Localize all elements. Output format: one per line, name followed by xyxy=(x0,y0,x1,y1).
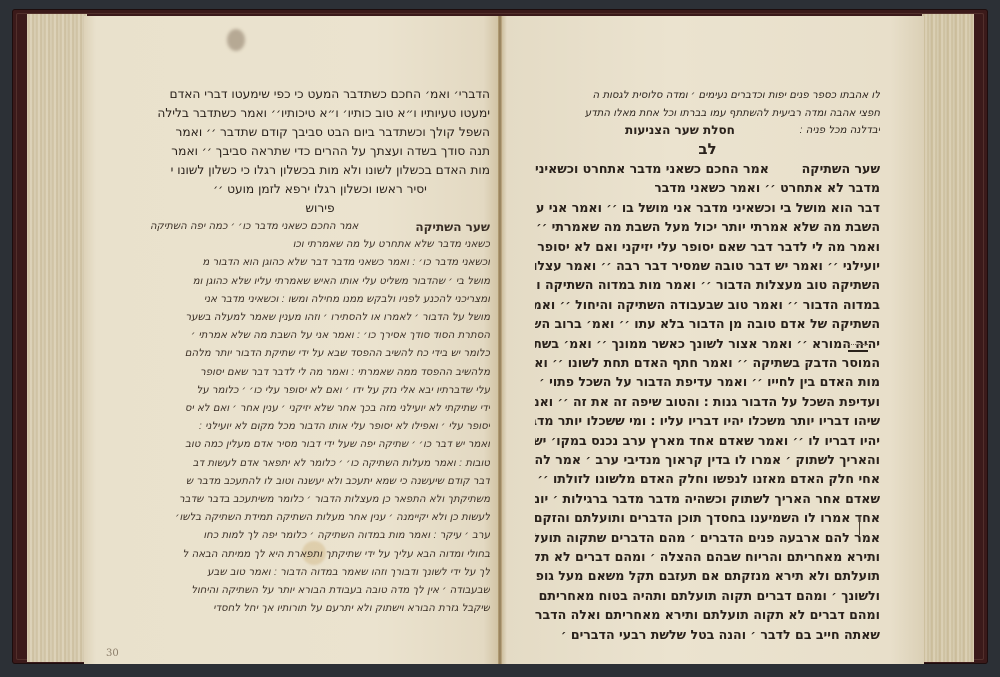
text-line: ומהם דברים לא תקוה תועלתם ותירא מאחריתם … xyxy=(535,605,880,624)
text-line: אמר החכם כשאני מדבר אתחרט וכשאיני xyxy=(535,159,769,178)
text-line: שבעבודה ׳ אין לך מדה טובה בעבודת הבורא י… xyxy=(150,582,490,600)
text-line: השבת מה שלא אמרתי יותר יכול מעל השבת מה … xyxy=(535,217,880,236)
text-line: במדוה הדבור ׳׳ ואמר טוב שבעבודה השתיקה ו… xyxy=(535,295,880,314)
commentary-heading: פירוש xyxy=(150,199,490,218)
page-edges-left xyxy=(27,14,87,662)
text-line: מות האדם בין לחייו ׳׳ ואמר עדיפת הדבור ע… xyxy=(535,372,880,391)
commentary-first-line: שער השתיקה אמר החכם כשאני מדבר כו׳ ׳ כמה… xyxy=(150,218,490,236)
text-line: מלהשיב ההפסד ממה שאמרתי ׃ ואמר מה לי לדב… xyxy=(150,364,490,382)
text-line: חפצי אהבה ומדה רביעית להשתתף עמו בברתו ו… xyxy=(535,105,880,123)
text-line: ועדיפת השכל על הדבור גנות ׃ והטוב שיפה ז… xyxy=(535,392,880,411)
text-line: יועילני ׳׳ ואמר יש דבר טובה שמסיר דבר רב… xyxy=(535,256,880,275)
text-line: בחולי ומדוה הבא עליך על ידי שתיקתך ותפאר… xyxy=(150,546,490,564)
text-line: השתיקה של אדם טובה מן הדבור בלא עתו ׳׳ ו… xyxy=(535,314,880,333)
text-line: ואמר מה לי לדבר דבר שאם יסופר עלי יזיקני… xyxy=(535,237,880,256)
text-line: אחי חלק האדם מאזנו לנפשו וחלק האדם מלשונ… xyxy=(535,469,880,488)
text-line: השתיקה טוב מעצלות הדבור ׳׳ ואמר מות במדו… xyxy=(535,275,880,294)
text-line: כשאני מדבר שלא אתחרט על מה שאמרתי וכו xyxy=(150,236,490,254)
text-line: מדבר לא אתחרט ׳׳ ואמר כשאני מדבר xyxy=(655,178,880,197)
section-end-title: חסלת שער הצניעות xyxy=(625,122,735,140)
text-line: אמר להם ארבעה פנים הדברים ׳ מהם הדברים ש… xyxy=(535,528,880,547)
section-title: שער השתיקה xyxy=(802,159,880,178)
text-line: וכשאני מדבר כו׳ ׃ ואמר כשאני מדבר דבר של… xyxy=(150,254,490,272)
text-line: מושל בי ׳ שהדבור משליט עלי אותו האיש שאמ… xyxy=(150,273,490,291)
text-line: טובות ׃ ואמר מעלות השתיקה כו׳ ׳ כלומר לא… xyxy=(150,455,490,473)
text-line: והאריך לשתוק ׳ אמרו לו בדין קראוך מנדיבי… xyxy=(535,450,880,469)
book-gutter xyxy=(498,16,502,664)
text-line: עלי שדברתיו יבא אלי נזק על ידו ׳ ואם לא … xyxy=(150,382,490,400)
commentary-block: שער השתיקה אמר החכם כשאני מדבר כו׳ ׳ כמה… xyxy=(150,218,490,618)
text-line: תנה סודך בשדה ועצתך על ההרים כדי שתראה ס… xyxy=(150,142,490,161)
section-end-line: יבדלנה מכל פניה ׃ חסלת שער הצניעות xyxy=(535,122,880,140)
text-line: לו אהבתו כספר פנים יפות וכדברים נעימים ׳… xyxy=(535,87,880,105)
text-line: תועלתם ולא תירא מנזקתם אם תעזבם תקל משאם… xyxy=(535,566,880,585)
text-line: הדברי׳ ואמ׳ החכם כשתדבר המעט כי כפי שימע… xyxy=(150,85,490,104)
right-page-text: לו אהבתו כספר פנים יפות וכדברים נעימים ׳… xyxy=(535,87,880,644)
text-line: לעשות כן ולא יקיימנה ׳ ענין אחר מעלות הש… xyxy=(150,509,490,527)
text-line: השפל קולך וכשתדבר ביום הבט סביבך קודם שת… xyxy=(150,123,490,142)
text-line: משתיקתך ולא התפאר כן מעצלות הדבור ׳ כלומ… xyxy=(150,491,490,509)
folio-pencil-note: 30 xyxy=(106,648,119,659)
text-line: אחד אמרו לו השמיענו בחסדך תוכן הדברים ות… xyxy=(535,508,880,527)
text-line: אמר החכם כשאני מדבר כו׳ ׳ כמה יפה השתיקה xyxy=(150,218,358,236)
ink-stain xyxy=(227,29,245,51)
text-line: יבדלנה מכל פניה ׃ xyxy=(800,122,880,140)
marginal-pointer-mark xyxy=(848,344,868,352)
page-edges-right xyxy=(922,14,974,662)
text-line: מות האדם בכשלון לשונו ולא מות בכשלון רגל… xyxy=(150,161,490,180)
text-line: דבר הוא מושל בי וכשאיני מדבר אני מושל בו… xyxy=(535,198,880,217)
text-line: הסתרת הסוד סודך אסירך כו׳ ׃ ואמר אני על … xyxy=(150,327,490,345)
text-line: ואמר יש דבר כו׳ ׳ שתיקה יפה שעל ידי דבור… xyxy=(150,436,490,454)
text-line: יסופר עלי ׳ ואפילו לא יסופר עלי אותו הדב… xyxy=(150,418,490,436)
text-line: יסיר ראשו וכשלון רגלו ירפא לזמן מועט ׳׳ xyxy=(150,180,490,199)
text-line: שיקבל גזרת הבורא וישתוק ולא יתרעם על תור… xyxy=(150,600,490,618)
left-page-text: הדברי׳ ואמ׳ החכם כשתדבר המעט כי כפי שימע… xyxy=(150,85,490,618)
section-number: לב xyxy=(535,140,880,159)
text-line: ערב ׳ עיקר ׃ ואמר מות במדוה השתיקה ׳ כלו… xyxy=(150,527,490,545)
text-line: יהיו דבריו לו ׳׳ ואמר שאדם אחד מארץ ערב … xyxy=(535,431,880,450)
text-line: ידי שתיקתי לא יועילני מזה בכך אחר שלא יז… xyxy=(150,400,490,418)
text-line: כלומר יש בידי כח להשיב ההפסד שבא על ידי … xyxy=(150,345,490,363)
text-line: מושל על הדבור ׳ לאמרו או להסתירו ׳ וזהו … xyxy=(150,309,490,327)
section-label: שער השתיקה xyxy=(415,218,490,236)
text-line: דבר קודם שיעשנה כי שמא יתעכב ולא יעשנה ו… xyxy=(150,473,490,491)
text-line: שאדם אחר האריך לשתוק וכשהיה מדבר מדבר בר… xyxy=(535,489,880,508)
text-line: ומצריכני להכנע לפניו ולבקש ממנו מחילה ומ… xyxy=(150,291,490,309)
text-line: יהיה המורא ׳׳ ואמר אצור לשונך כאשר ממונך… xyxy=(535,334,880,353)
text-line: לך על ידי לשונך ודבורך וזהו שאמר במדוה ה… xyxy=(150,564,490,582)
text-line: שיהו דבריו יותר משכלו יהיו דבריו עליו ׃ … xyxy=(535,411,880,430)
text-line: ולשונך ׳ ומהם דברים תקוה תועלתם ותהיה בט… xyxy=(535,586,880,605)
text-line: המוסר הדבק בשתיקה ׳׳ ואמר חתף האדם תחת ל… xyxy=(535,353,880,372)
marginal-bracket-mark xyxy=(856,515,860,535)
section-first-line: שער השתיקה אמר החכם כשאני מדבר אתחרט וכש… xyxy=(535,159,880,178)
text-line: ותירא מאחריתם והריוח שבהם ההצלה ׳ ומהם ד… xyxy=(535,547,880,566)
text-line: ימעטו טעיותיו ו״א טוב כותיו׳ ו״א טיכותיו… xyxy=(150,104,490,123)
text-line: שאתה חייב בם לדבר ׳ והנה בטל שלשת רבעי ה… xyxy=(535,625,880,644)
